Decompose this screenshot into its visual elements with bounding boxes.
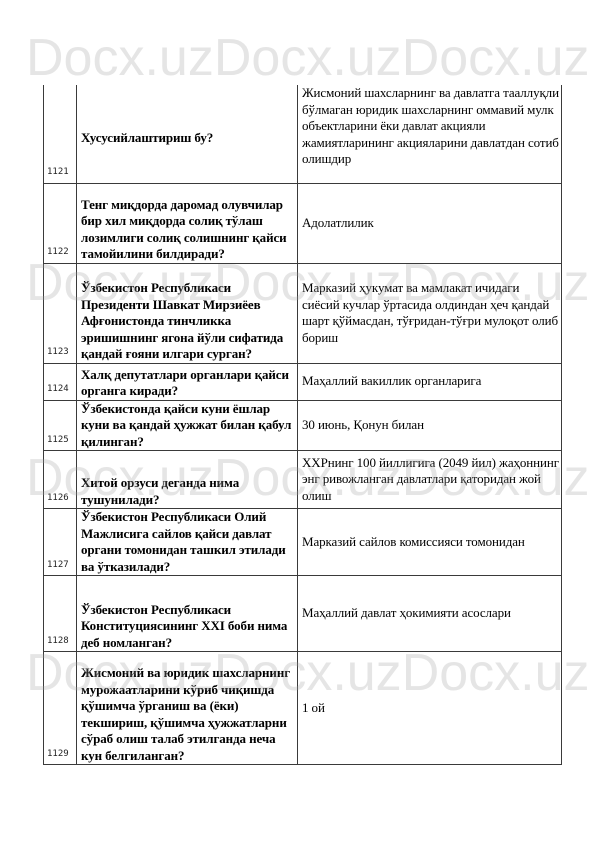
question-cell: Хитой орзуси деганда нима тушунилади? bbox=[77, 451, 298, 509]
row-number: 1126 bbox=[44, 451, 77, 509]
answer-cell: Жисмоний шахсларнинг ва давлатга тааллуқ… bbox=[298, 85, 562, 183]
qa-table: 1121 Хусусийлаштириш бу? Жисмоний шахсла… bbox=[43, 85, 562, 765]
answer-cell: Маҳаллий вакиллик органларига bbox=[298, 363, 562, 400]
question-cell: Жисмоний ва юридик шахсларнинг мурожаатл… bbox=[77, 652, 298, 765]
watermark: Docx.uz bbox=[402, 28, 590, 88]
question-cell: Ўзбекистон Республикаси Олий Мажлисига с… bbox=[77, 509, 298, 576]
row-number: 1128 bbox=[44, 576, 77, 652]
table-row: 1124 Халқ депутатлари органлари қайси ор… bbox=[44, 363, 562, 400]
question-cell: Ўзбекистон Республикаси Конституциясинин… bbox=[77, 576, 298, 652]
answer-cell: Адолатлилик bbox=[298, 183, 562, 263]
table-row: 1126 Хитой орзуси деганда нима тушунилад… bbox=[44, 451, 562, 509]
question-cell: Халқ депутатлари органлари қайси органга… bbox=[77, 363, 298, 400]
table-row: 1128 Ўзбекистон Республикаси Конституция… bbox=[44, 576, 562, 652]
row-number: 1124 bbox=[44, 363, 77, 400]
answer-cell: 30 июнь, Қонун билан bbox=[298, 400, 562, 451]
table-row: 1123 Ўзбекистон Республикаси Президенти … bbox=[44, 263, 562, 363]
table-row: 1125 Ўзбекистонда қайси куни ёшлар куни … bbox=[44, 400, 562, 451]
table-row: 1122 Тенг миқдорда даромад олувчилар бир… bbox=[44, 183, 562, 263]
row-number: 1125 bbox=[44, 400, 77, 451]
question-cell: Хусусийлаштириш бу? bbox=[77, 85, 298, 183]
row-number: 1122 bbox=[44, 183, 77, 263]
answer-cell: ХХРнинг 100 йиллигига (2049 йил) жаҳонни… bbox=[298, 451, 562, 509]
row-number: 1129 bbox=[44, 652, 77, 765]
answer-cell: Маҳаллий давлат ҳокимияти асослари bbox=[298, 576, 562, 652]
watermark: Docx.uz bbox=[26, 28, 214, 88]
answer-cell: Марказий сайлов комиссияси томонидан bbox=[298, 509, 562, 576]
row-number: 1127 bbox=[44, 509, 77, 576]
table-row: 1127 Ўзбекистон Республикаси Олий Мажлис… bbox=[44, 509, 562, 576]
answer-cell: 1 ой bbox=[298, 652, 562, 765]
question-cell: Ўзбекистонда қайси куни ёшлар куни ва қа… bbox=[77, 400, 298, 451]
watermark-row: Docx.uz Docx.uz Docx.uz bbox=[0, 28, 595, 88]
table-row: 1121 Хусусийлаштириш бу? Жисмоний шахсла… bbox=[44, 85, 562, 183]
table-row: 1129 Жисмоний ва юридик шахсларнинг муро… bbox=[44, 652, 562, 765]
question-cell: Ўзбекистон Республикаси Президенти Шавка… bbox=[77, 263, 298, 363]
watermark: Docx.uz bbox=[214, 28, 402, 88]
row-number: 1121 bbox=[44, 85, 77, 183]
document-page: 1121 Хусусийлаштириш бу? Жисмоний шахсла… bbox=[0, 0, 595, 842]
question-cell: Тенг миқдорда даромад олувчилар бир хил … bbox=[77, 183, 298, 263]
answer-cell: Марказий ҳукумат ва мамлакат ичидаги сиё… bbox=[298, 263, 562, 363]
row-number: 1123 bbox=[44, 263, 77, 363]
